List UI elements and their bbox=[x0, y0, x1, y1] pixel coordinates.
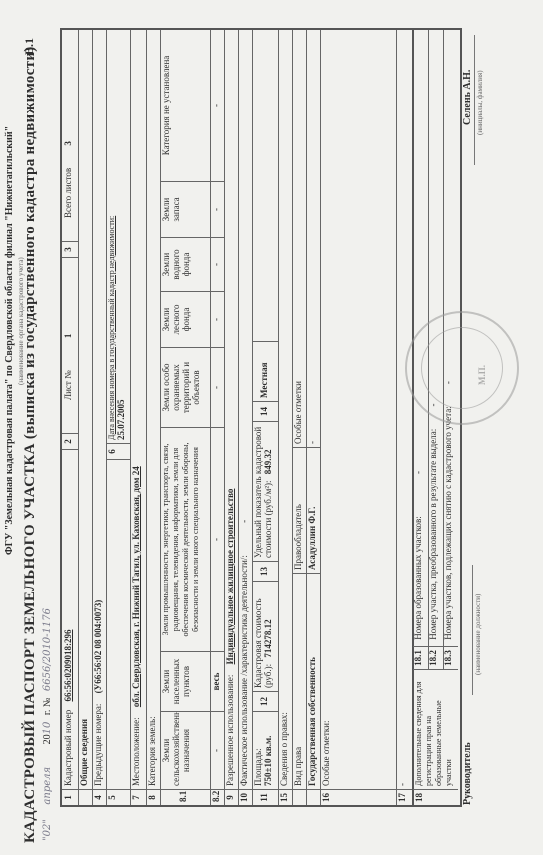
row-num: 7 bbox=[130, 789, 146, 805]
row-num: 2 bbox=[62, 433, 78, 449]
rights-value-row: Государственная собственность Асадуллин … bbox=[306, 30, 321, 805]
signature-caption: (наименование должности) bbox=[474, 594, 482, 675]
row-9: 9 Разрешенное использование: Индивидуаль… bbox=[224, 30, 239, 805]
date-suffix: г. № bbox=[42, 698, 53, 716]
category-forest: Земли лесного фонда bbox=[160, 291, 210, 347]
right-notes-value: - bbox=[306, 30, 320, 447]
right-notes-header: Особые отметки bbox=[292, 30, 306, 447]
actual-use-cell: Фактическое использование /характеристик… bbox=[238, 30, 252, 789]
row-4: 4 Предыдущие номера: (У66:56:02 08 004:0… bbox=[92, 30, 107, 805]
cadastral-number-value: 66:56:0209018:296 bbox=[63, 630, 73, 702]
row-num: 6 bbox=[106, 443, 130, 459]
row-16: 16 Особые отметки: bbox=[320, 30, 397, 805]
row-num: 15 bbox=[278, 789, 292, 805]
row-5-value bbox=[106, 459, 130, 789]
name-caption: (инициалы, фамилия) bbox=[476, 70, 484, 135]
date-month: апреля bbox=[42, 767, 53, 805]
category-value: весь bbox=[210, 651, 224, 711]
row-17: 17 - bbox=[396, 30, 414, 805]
registration-date-cell: Дата внесения номера в государственный к… bbox=[106, 30, 130, 443]
item-label: Номера участков, подлежащих снятию с кад… bbox=[443, 406, 453, 639]
row-5-6: 5 6 Дата внесения номера в государственн… bbox=[106, 30, 131, 805]
row-7: 7 Местоположение: обл. Свердловская, г. … bbox=[130, 30, 147, 805]
cadastral-value: 714278.12 bbox=[263, 619, 273, 657]
actual-use-value: - bbox=[239, 520, 249, 523]
category-value: - bbox=[210, 30, 224, 181]
row-8-2: 8.2 - весь - - - - - - bbox=[210, 30, 225, 805]
additional-info-label: Дополнительные сведения для регистрации … bbox=[413, 669, 458, 789]
row-num bbox=[306, 789, 320, 805]
issue-date: "02" апреля 2010 г. № 6656/2010-1176 bbox=[42, 608, 53, 841]
category-value: - bbox=[210, 181, 224, 237]
row-num: 8 bbox=[146, 789, 160, 805]
row-num: 10 bbox=[238, 789, 252, 805]
row-num: 18 bbox=[413, 789, 458, 805]
name-line bbox=[474, 35, 475, 165]
land-category-label: Категория земель: bbox=[146, 30, 160, 789]
signature-line bbox=[472, 565, 473, 695]
category-industrial: Земли промышленности, энергетики, трансп… bbox=[160, 427, 210, 651]
stamp-text: М.П. bbox=[477, 365, 487, 385]
row-num bbox=[292, 789, 306, 805]
previous-numbers-cell: Предыдущие номера: (У66:56:02 08 004:007… bbox=[92, 30, 106, 789]
special-notes-label: Особые отметки: bbox=[320, 30, 396, 789]
specific-value: 849.32 bbox=[263, 449, 273, 474]
total-sheets-value: 3 bbox=[63, 141, 73, 146]
previous-numbers-value: (У66:56:02 08 004:0073) bbox=[93, 600, 103, 694]
valuation-zone-value: Местная bbox=[252, 341, 278, 401]
signer-role: Руководитель bbox=[462, 742, 473, 805]
cadastral-number-label: Кадастровый номер bbox=[63, 710, 73, 786]
sheet-number-label: Лист № bbox=[63, 370, 73, 400]
sheet-number-value: 1 bbox=[63, 334, 73, 339]
empty-cell bbox=[252, 30, 278, 341]
row-10: 10 Фактическое использование /характерис… bbox=[238, 30, 253, 805]
permitted-use-value: Индивидуальное жилищное строительство bbox=[225, 489, 235, 665]
item-num: 18.2 bbox=[428, 646, 443, 669]
category-water: Земли водного фонда bbox=[160, 237, 210, 291]
specific-value-cell: Удельный показатель кадастровой стоимост… bbox=[252, 421, 278, 561]
general-section-header: Общие сведения bbox=[78, 30, 92, 789]
item-label: Номера образованных участков: bbox=[413, 516, 423, 640]
row-17-value: - bbox=[396, 30, 412, 789]
category-not-set: Категория не установлена bbox=[160, 30, 210, 181]
date-day: "02" bbox=[42, 819, 53, 841]
category-protected: Земли особо охраняемых территорий и объе… bbox=[160, 347, 210, 427]
location-label: Местоположение: bbox=[131, 717, 141, 786]
row-num: 13 bbox=[252, 561, 278, 581]
general-header-row: Общие сведения bbox=[78, 30, 93, 805]
row-num: 17 bbox=[396, 789, 412, 805]
row-num: 3 bbox=[62, 241, 78, 257]
category-reserve: Земли запаса bbox=[160, 181, 210, 237]
date-year-prefix: 20 bbox=[42, 734, 53, 744]
item-num: 18.3 bbox=[443, 646, 458, 669]
row-num: 4 bbox=[92, 789, 106, 805]
registration-date-label: Дата внесения номера в государственный к… bbox=[107, 33, 116, 440]
total-sheets-cell: Всего листов 3 bbox=[62, 30, 78, 241]
sheet-number-cell: Лист № 1 bbox=[62, 257, 78, 433]
row-num: 11 bbox=[252, 789, 278, 805]
rights-header-row: Вид права Правообладатель Особые отметки bbox=[292, 30, 307, 805]
registration-date-value: 25.07.2005 bbox=[116, 33, 126, 440]
permitted-use-cell: Разрешенное использование: Индивидуально… bbox=[224, 30, 238, 789]
org-name: ФГУ "Земельная кадастровая палата" по Св… bbox=[4, 126, 15, 555]
actual-use-label: Фактическое использование /характеристик… bbox=[239, 555, 249, 786]
permitted-use-label: Разрешенное использование: bbox=[225, 675, 235, 786]
row-num: 1 bbox=[62, 789, 78, 805]
category-value: - bbox=[210, 291, 224, 347]
location-cell: Местоположение: обл. Свердловская, г. Ни… bbox=[130, 30, 146, 789]
area-value: 750±10 кв.м. bbox=[263, 715, 273, 786]
right-type-value: Государственная собственность bbox=[306, 573, 320, 789]
area-label: Площадь: bbox=[253, 715, 263, 786]
row-11-14: 11 Площадь: 750±10 кв.м. 12 Кадастровая … bbox=[252, 30, 279, 805]
category-agricultural: Земли сельскохозяйственного назначения bbox=[160, 711, 210, 789]
location-value: обл. Свердловская, г. Нижний Тагил, ул. … bbox=[131, 466, 141, 707]
category-value: - bbox=[210, 711, 224, 789]
previous-numbers-label: Предыдущие номера: bbox=[93, 704, 103, 786]
row-num: 5 bbox=[106, 789, 130, 805]
document-sheet: ФГУ "Земельная кадастровая палата" по Св… bbox=[0, 0, 543, 855]
cadastral-number-cell: Кадастровый номер 66:56:0209018:296 bbox=[62, 449, 78, 789]
form-code: В.1 bbox=[22, 38, 37, 55]
row-8: 8 Категория земель: bbox=[146, 30, 161, 805]
item-num: 18.1 bbox=[413, 646, 428, 669]
right-holder-header: Правообладатель bbox=[292, 447, 306, 573]
right-holder-value: Асадуллин Ф.Г. bbox=[306, 447, 320, 573]
doc-number: 6656/2010-1176 bbox=[42, 608, 53, 691]
row-num: 14 bbox=[252, 401, 278, 421]
signer-name: Селень А.Н. bbox=[462, 70, 473, 125]
official-stamp: М.П. bbox=[405, 311, 519, 425]
row-1: 1 Кадастровый номер 66:56:0209018:296 2 … bbox=[62, 30, 79, 805]
row-15: 15 Сведения о правах: bbox=[278, 30, 293, 805]
category-value: - bbox=[210, 237, 224, 291]
total-sheets-label: Всего листов bbox=[63, 168, 73, 218]
row-num bbox=[78, 789, 92, 805]
specific-value-label: Удельный показатель кадастровой стоимост… bbox=[253, 427, 273, 558]
cadastral-value-cell: Кадастровая стоимость (руб.): 714278.12 bbox=[252, 581, 278, 691]
rights-label: Сведения о правах: bbox=[278, 30, 292, 789]
date-year-suffix: 10 bbox=[42, 722, 53, 735]
row-8-1: 8.1 Земли сельскохозяйственного назначен… bbox=[160, 30, 211, 805]
item-label: Номер участка, преобразованного в резуль… bbox=[428, 429, 438, 640]
cadastral-form: 1 Кадастровый номер 66:56:0209018:296 2 … bbox=[60, 28, 462, 807]
row-num: 8.1 bbox=[160, 789, 210, 805]
category-value: - bbox=[210, 347, 224, 427]
item-value: - bbox=[413, 471, 423, 474]
category-settlements: Земли населенных пунктов bbox=[160, 651, 210, 711]
row-num: 9 bbox=[224, 789, 238, 805]
category-value: - bbox=[210, 427, 224, 651]
row-num: 12 bbox=[252, 691, 278, 711]
row-num: 16 bbox=[320, 789, 396, 805]
row-num: 8.2 bbox=[210, 789, 224, 805]
area-cell: Площадь: 750±10 кв.м. bbox=[252, 711, 278, 789]
right-type-header: Вид права bbox=[292, 573, 306, 789]
page-title: КАДАСТРОВЫЙ ПАСПОРТ ЗЕМЕЛЬНОГО УЧАСТКА (… bbox=[22, 46, 39, 843]
